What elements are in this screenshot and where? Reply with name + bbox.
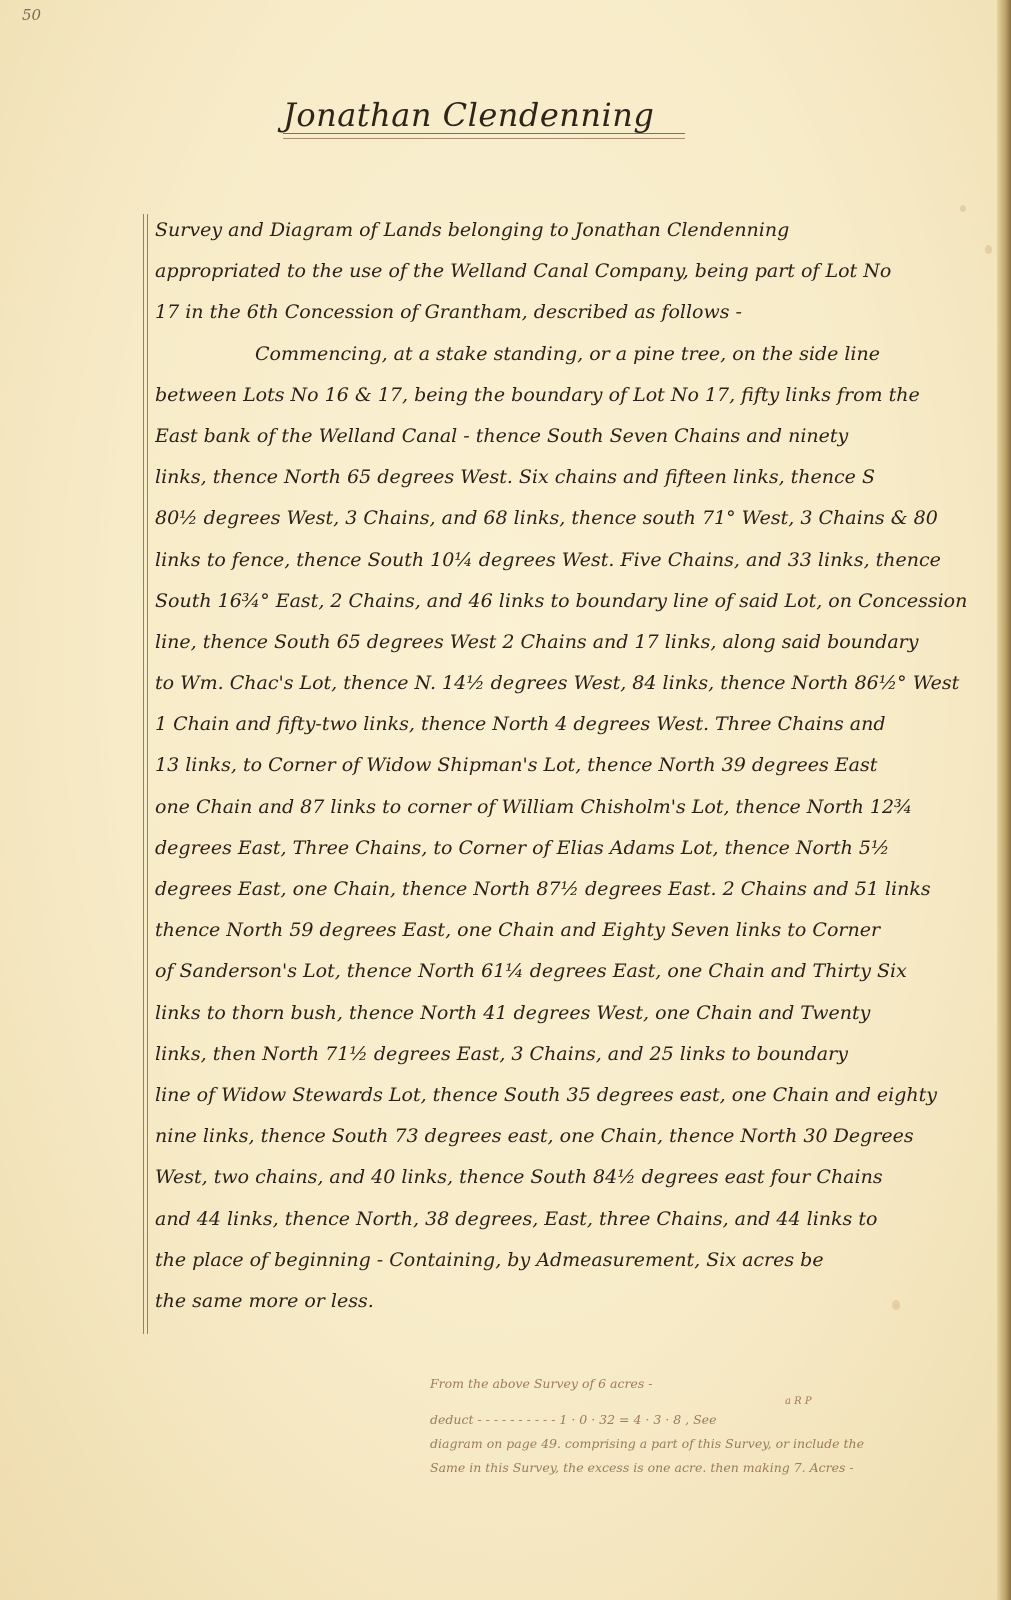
survey-description: Survey and Diagram of Lands belonging to…: [155, 210, 985, 1322]
paper-stain: [985, 245, 992, 254]
text-line: 17 in the 6th Concession of Grantham, de…: [155, 292, 985, 333]
text-line: 1 Chain and fifty-two links, thence Nort…: [155, 704, 985, 745]
note-units-header: a R P: [430, 1396, 990, 1408]
text-line: links, then North 71½ degrees East, 3 Ch…: [155, 1034, 985, 1075]
text-line: degrees East, Three Chains, to Corner of…: [155, 828, 985, 869]
text-line: appropriated to the use of the Welland C…: [155, 251, 985, 292]
text-line: nine links, thence South 73 degrees east…: [155, 1116, 985, 1157]
title-underline: [283, 133, 685, 139]
text-line: East bank of the Welland Canal - thence …: [155, 416, 985, 457]
page-number: 50: [22, 6, 41, 24]
text-line: links to fence, thence South 10¼ degrees…: [155, 540, 985, 581]
text-line: West, two chains, and 40 links, thence S…: [155, 1157, 985, 1198]
text-line: 80½ degrees West, 3 Chains, and 68 links…: [155, 498, 985, 539]
text-line: degrees East, one Chain, thence North 87…: [155, 869, 985, 910]
text-line: of Sanderson's Lot, thence North 61¼ deg…: [155, 951, 985, 992]
note-line: diagram on page 49. comprising a part of…: [430, 1432, 990, 1456]
manuscript-page: 50 Jonathan Clendenning Survey and Diagr…: [0, 0, 1011, 1600]
text-line: Survey and Diagram of Lands belonging to…: [155, 210, 985, 251]
text-line: Commencing, at a stake standing, or a pi…: [155, 334, 985, 375]
text-line: South 16¾° East, 2 Chains, and 46 links …: [155, 581, 985, 622]
acreage-note: From the above Survey of 6 acres - a R P…: [430, 1372, 990, 1480]
text-line: line of Widow Stewards Lot, thence South…: [155, 1075, 985, 1116]
text-line: and 44 links, thence North, 38 degrees, …: [155, 1199, 985, 1240]
text-line: links, thence North 65 degrees West. Six…: [155, 457, 985, 498]
text-line: between Lots No 16 & 17, being the bound…: [155, 375, 985, 416]
text-line: the same more or less.: [155, 1281, 985, 1322]
note-line: Same in this Survey, the excess is one a…: [430, 1456, 990, 1480]
text-line: thence North 59 degrees East, one Chain …: [155, 910, 985, 951]
text-line: one Chain and 87 links to corner of Will…: [155, 787, 985, 828]
margin-rule: [143, 214, 148, 1334]
text-line: 13 links, to Corner of Widow Shipman's L…: [155, 745, 985, 786]
page-title: Jonathan Clendenning: [283, 96, 654, 134]
book-binding-edge: [997, 0, 1011, 1600]
text-line: links to thorn bush, thence North 41 deg…: [155, 993, 985, 1034]
text-line: the place of beginning - Containing, by …: [155, 1240, 985, 1281]
note-line: deduct - - - - - - - - - - 1 · 0 · 32 = …: [430, 1408, 990, 1432]
text-line: to Wm. Chac's Lot, thence N. 14½ degrees…: [155, 663, 985, 704]
note-line: From the above Survey of 6 acres -: [430, 1372, 990, 1396]
text-line: line, thence South 65 degrees West 2 Cha…: [155, 622, 985, 663]
